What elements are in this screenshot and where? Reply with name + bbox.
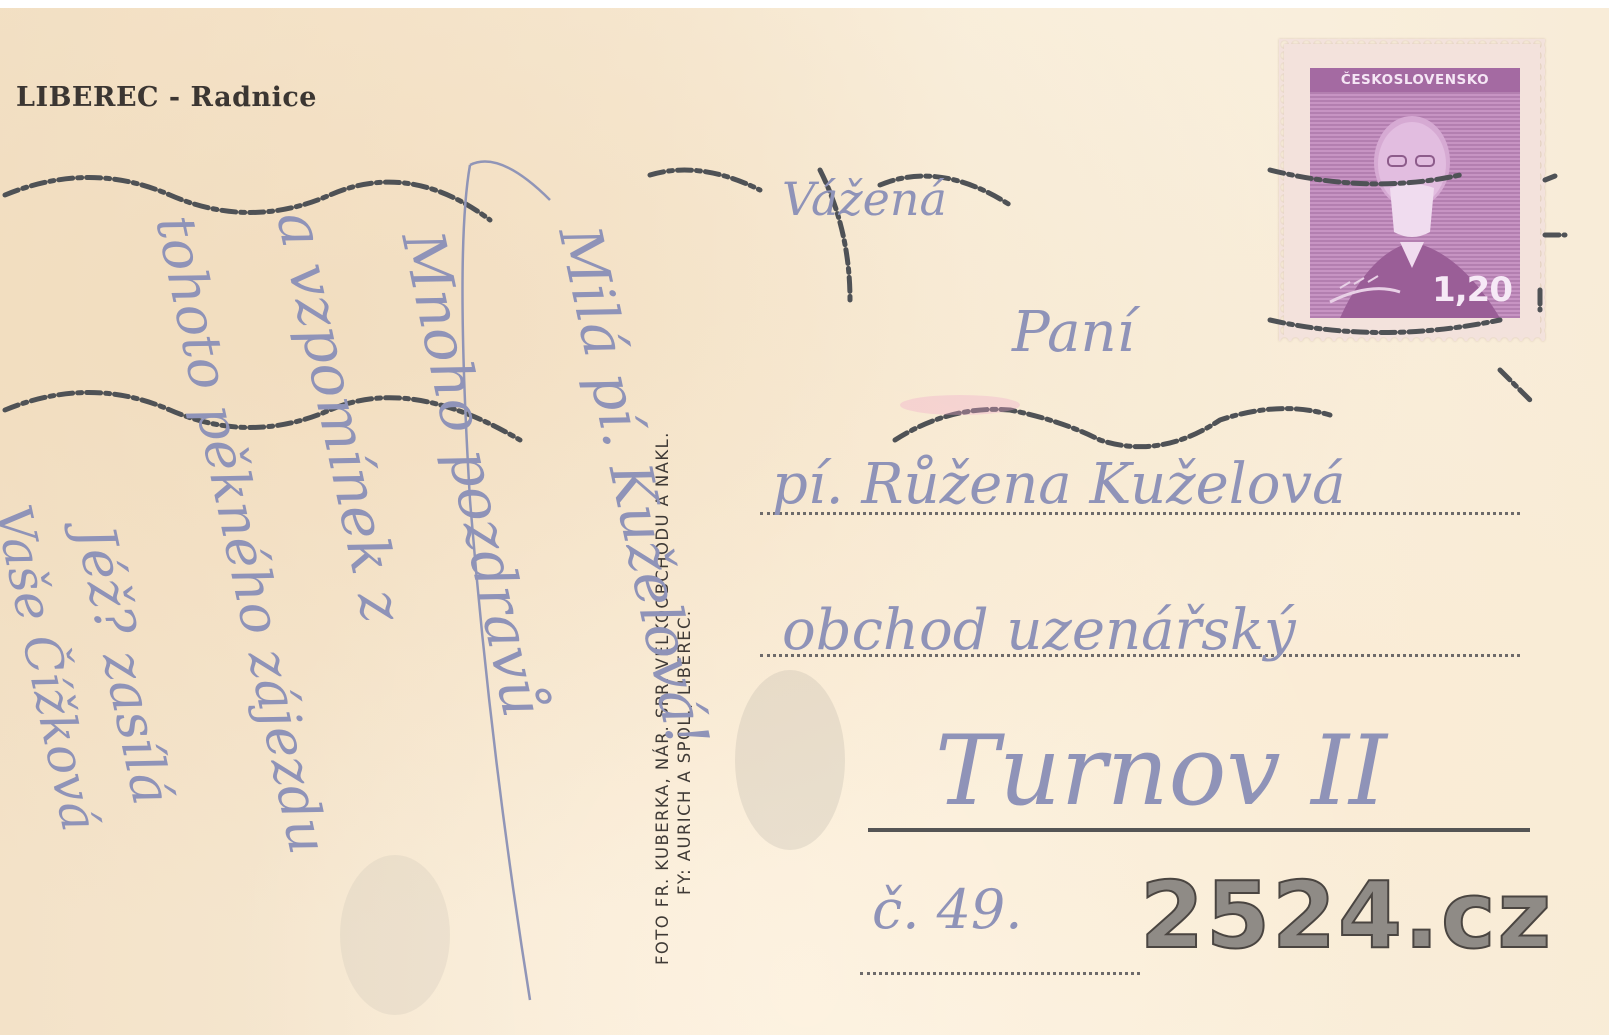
handwritten-house-number: č. 49. bbox=[872, 878, 1022, 941]
postage-stamp: ČESKOSLOVENSKO 1,20 bbox=[1284, 44, 1540, 336]
handwritten-business: obchod uzenářský bbox=[782, 598, 1296, 663]
address-line-city bbox=[868, 828, 1530, 832]
stamp-country: ČESKOSLOVENSKO bbox=[1310, 68, 1520, 92]
handwritten-salutation: Vážená bbox=[782, 172, 947, 226]
site-watermark: 2524.cz bbox=[1140, 862, 1553, 969]
postcard-title: LIBEREC - Radnice bbox=[16, 82, 317, 113]
handwritten-title: Paní bbox=[1012, 300, 1135, 365]
handwritten-recipient-name: pí. Růžena Kuželová bbox=[772, 452, 1345, 517]
address-line-3 bbox=[860, 972, 1140, 975]
stamp-value: 1,20 bbox=[1432, 270, 1512, 310]
handwritten-city: Turnov II bbox=[935, 715, 1387, 827]
stamp-design: ČESKOSLOVENSKO 1,20 bbox=[1310, 68, 1520, 318]
